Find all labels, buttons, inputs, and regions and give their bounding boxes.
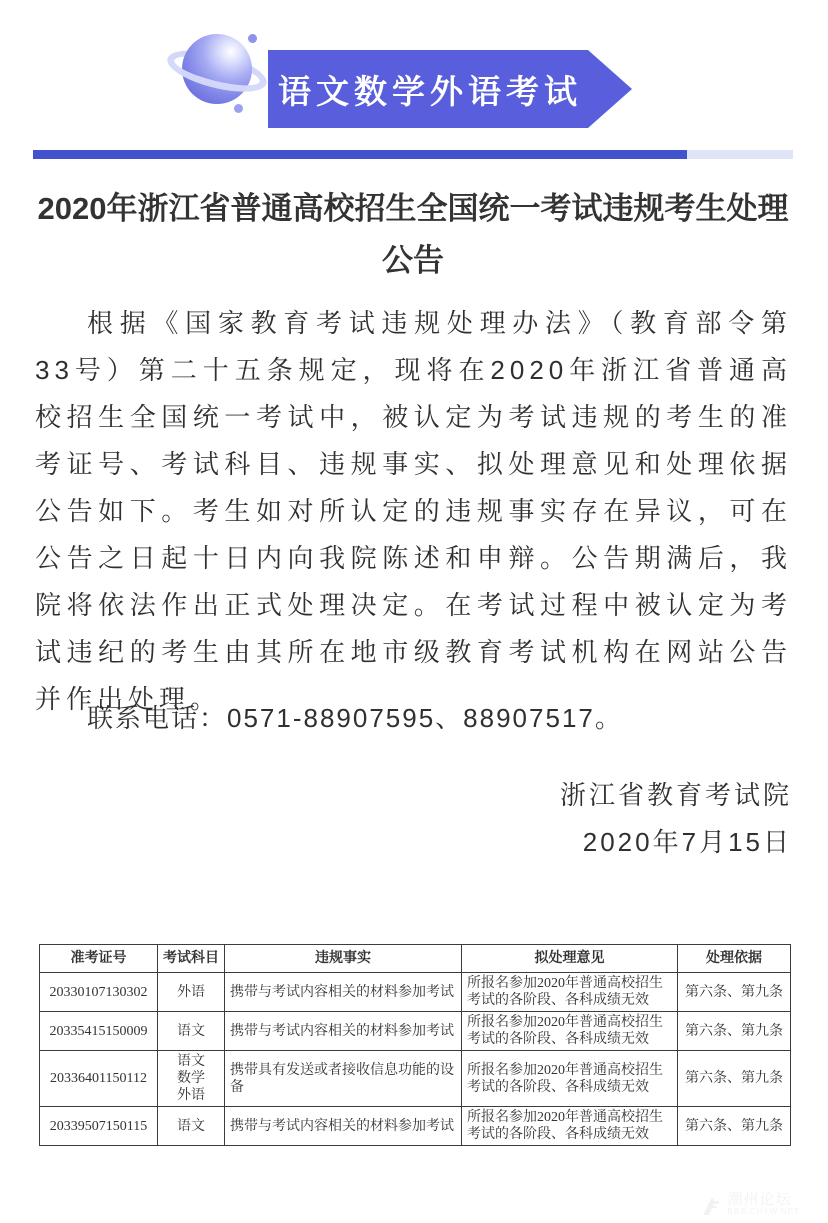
- cell-ticket-number: 20336401150112: [40, 1051, 158, 1107]
- divider-bar: [33, 150, 793, 159]
- header: 语文数学外语考试: [0, 0, 828, 150]
- cell-basis: 第六条、第九条: [678, 1107, 791, 1146]
- cell-opinion: 所报名参加2020年普通高校招生考试的各阶段、各科成绩无效: [462, 1012, 678, 1051]
- cell-opinion: 所报名参加2020年普通高校招生考试的各阶段、各科成绩无效: [462, 1107, 678, 1146]
- cell-violation: 携带具有发送或者接收信息功能的设备: [225, 1051, 462, 1107]
- announcement-body: 根据《国家教育考试违规处理办法》（教育部令第33号）第二十五条规定，现将在202…: [35, 300, 792, 723]
- table-row: 20330107130302 外语 携带与考试内容相关的材料参加考试 所报名参加…: [40, 973, 791, 1012]
- banner-label: 语文数学外语考试: [278, 66, 622, 113]
- cell-basis: 第六条、第九条: [678, 1051, 791, 1107]
- header-opinion: 拟处理意见: [462, 945, 678, 973]
- banner-ribbon: 语文数学外语考试: [268, 50, 632, 128]
- contact-phone-line: 联系电话：0571-88907595、88907517。: [35, 698, 792, 735]
- cell-subject: 语文: [158, 1012, 225, 1051]
- cell-basis: 第六条、第九条: [678, 1012, 791, 1051]
- watermark-text: 潮州论坛 BBS.CHYW.NET: [728, 1192, 800, 1217]
- table-row: 20336401150112 语文 数学 外语 携带具有发送或者接收信息功能的设…: [40, 1051, 791, 1107]
- cell-violation: 携带与考试内容相关的材料参加考试: [225, 1012, 462, 1051]
- table-row: 20335415150009 语文 携带与考试内容相关的材料参加考试 所报名参加…: [40, 1012, 791, 1051]
- issue-date: 2020年7月15日: [35, 819, 792, 866]
- sparkle-dot-icon: [234, 104, 243, 113]
- cell-ticket-number: 20330107130302: [40, 973, 158, 1012]
- sparkle-dot-icon: [248, 34, 257, 43]
- issuer-name: 浙江省教育考试院: [35, 772, 792, 819]
- cell-violation: 携带与考试内容相关的材料参加考试: [225, 973, 462, 1012]
- cell-subject: 语文: [158, 1107, 225, 1146]
- header-violation: 违规事实: [225, 945, 462, 973]
- cell-ticket-number: 20335415150009: [40, 1012, 158, 1051]
- table-header-row: 准考证号 考试科目 违规事实 拟处理意见 处理依据: [40, 945, 791, 973]
- divider-light-segment: [687, 150, 793, 159]
- violation-table: 准考证号 考试科目 违规事实 拟处理意见 处理依据 20330107130302…: [39, 944, 791, 1146]
- signature-block: 浙江省教育考试院 2020年7月15日: [35, 772, 792, 866]
- planet-icon: [168, 26, 272, 122]
- cell-subject: 外语: [158, 973, 225, 1012]
- cell-subject: 语文 数学 外语: [158, 1051, 225, 1107]
- header-basis: 处理依据: [678, 945, 791, 973]
- cell-opinion: 所报名参加2020年普通高校招生考试的各阶段、各科成绩无效: [462, 973, 678, 1012]
- header-ticket-number: 准考证号: [40, 945, 158, 973]
- divider-dark-segment: [33, 150, 687, 159]
- header-subject: 考试科目: [158, 945, 225, 973]
- cell-basis: 第六条、第九条: [678, 973, 791, 1012]
- watermark-site-url: BBS.CHYW.NET: [728, 1207, 800, 1217]
- watermark-site-name: 潮州论坛: [728, 1192, 800, 1207]
- table-row: 20339507150115 语文 携带与考试内容相关的材料参加考试 所报名参加…: [40, 1107, 791, 1146]
- cell-ticket-number: 20339507150115: [40, 1107, 158, 1146]
- cell-violation: 携带与考试内容相关的材料参加考试: [225, 1107, 462, 1146]
- cell-opinion: 所报名参加2020年普通高校招生考试的各阶段、各科成绩无效: [462, 1051, 678, 1107]
- page-title: 2020年浙江省普通高校招生全国统一考试违规考生处理公告: [33, 183, 793, 287]
- watermark-logo-icon: [700, 1193, 724, 1217]
- watermark: 潮州论坛 BBS.CHYW.NET: [700, 1192, 800, 1217]
